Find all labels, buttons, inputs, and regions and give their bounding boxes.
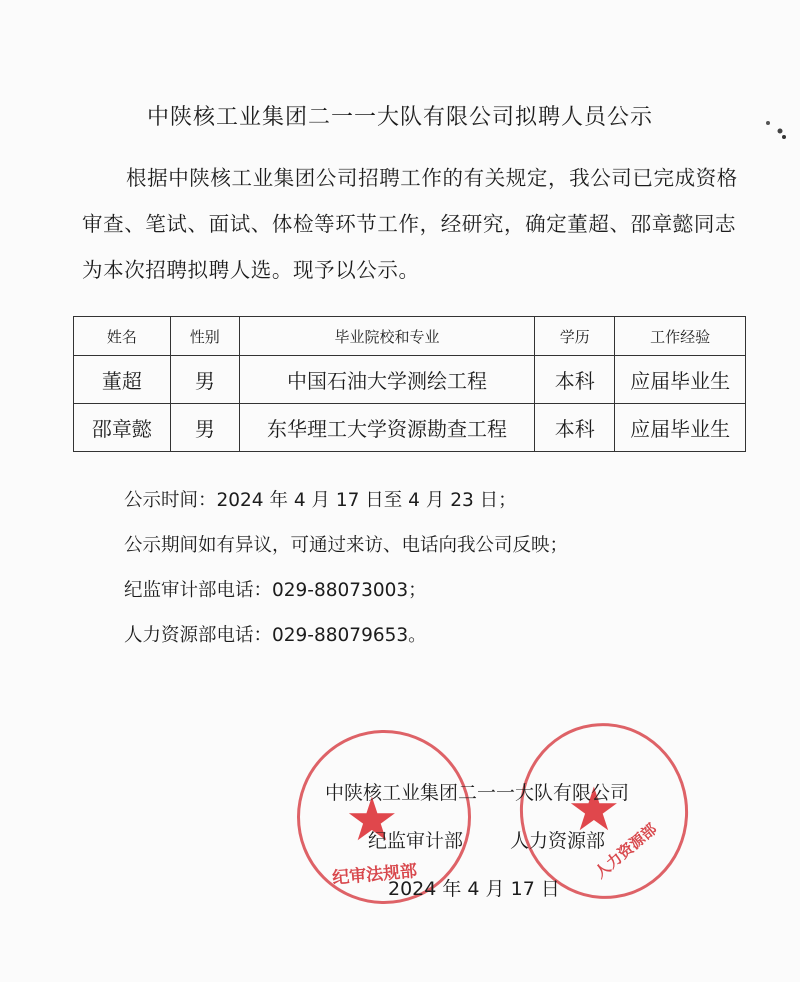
signature-org: 中陕核工业集团二一一大队有限公司 [325, 778, 629, 805]
document-title: 中陕核工业集团二一一大队有限公司拟聘人员公示 [0, 100, 800, 131]
cell-school-major: 东华理工大学资源勘查工程 [239, 404, 535, 452]
cell-gender: 男 [170, 356, 239, 404]
header-experience: 工作经验 [615, 317, 746, 356]
notice-period: 公示时间：2024 年 4 月 17 日至 4 月 23 日； [124, 478, 568, 523]
hr-dept-phone: 人力资源部电话：029-88079653。 [124, 613, 568, 658]
cell-name: 董超 [74, 356, 171, 404]
cell-experience: 应届毕业生 [615, 404, 746, 452]
signature-dept-hr: 人力资源部 [510, 826, 605, 853]
intro-text: 根据中陕核工业集团公司招聘工作的有关规定，我公司已完成资格审查、笔试、面试、体检… [82, 166, 738, 282]
table-header-row: 姓名 性别 毕业院校和专业 学历 工作经验 [74, 317, 746, 356]
cell-gender: 男 [170, 404, 239, 452]
cell-school-major: 中国石油大学测绘工程 [239, 356, 535, 404]
objection-notice: 公示期间如有异议，可通过来访、电话向我公司反映； [124, 523, 568, 568]
cell-name: 邵章懿 [74, 404, 171, 452]
header-gender: 性别 [170, 317, 239, 356]
cell-degree: 本科 [535, 356, 615, 404]
candidates-table: 姓名 性别 毕业院校和专业 学历 工作经验 董超 男 中国石油大学测绘工程 本科… [73, 316, 746, 452]
notice-info: 公示时间：2024 年 4 月 17 日至 4 月 23 日； 公示期间如有异议… [124, 478, 568, 658]
cell-degree: 本科 [535, 404, 615, 452]
table-row: 邵章懿 男 东华理工大学资源勘查工程 本科 应届毕业生 [74, 404, 746, 452]
cell-experience: 应届毕业生 [615, 356, 746, 404]
header-name: 姓名 [74, 317, 171, 356]
scan-smudge-mark [760, 115, 790, 145]
signature-date: 2024 年 4 月 17 日 [388, 874, 560, 901]
header-school-major: 毕业院校和专业 [239, 317, 535, 356]
header-degree: 学历 [535, 317, 615, 356]
intro-paragraph: 根据中陕核工业集团公司招聘工作的有关规定，我公司已完成资格审查、笔试、面试、体检… [82, 155, 742, 293]
table-row: 董超 男 中国石油大学测绘工程 本科 应届毕业生 [74, 356, 746, 404]
audit-dept-phone: 纪监审计部电话：029-88073003； [124, 568, 568, 613]
signature-dept-audit: 纪监审计部 [368, 826, 463, 853]
